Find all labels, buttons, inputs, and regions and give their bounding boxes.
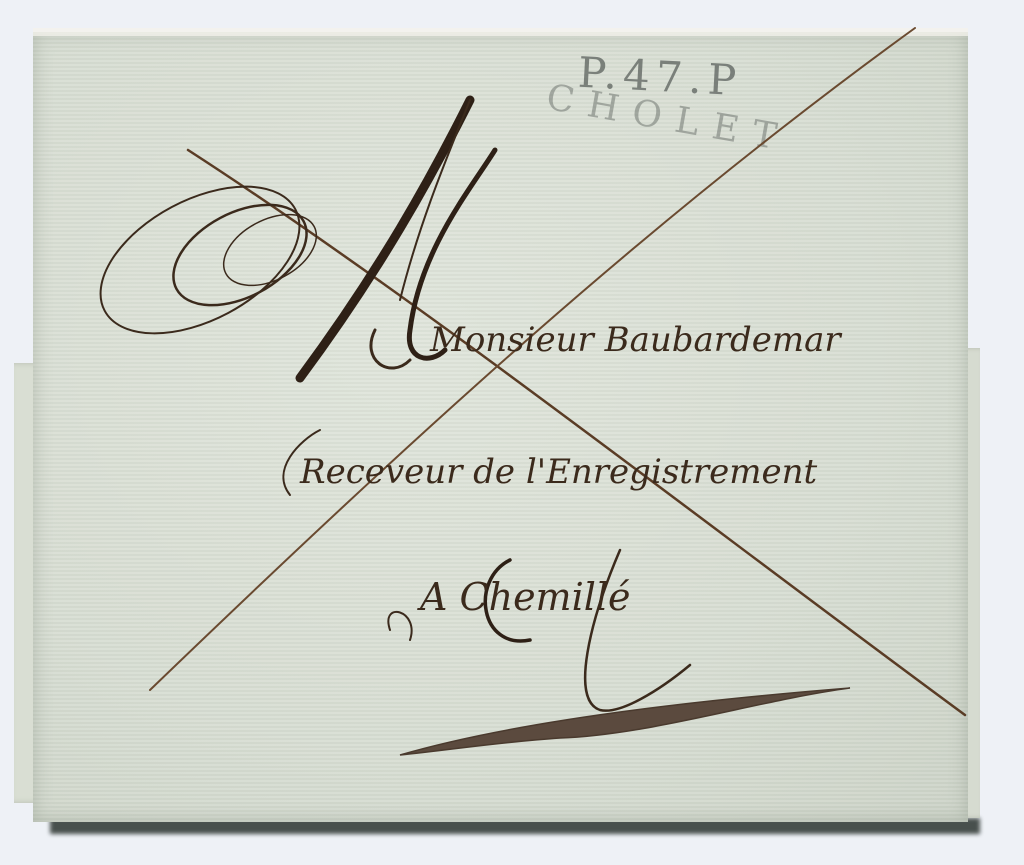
handwriting-strokes (0, 0, 1024, 865)
flourish-oval-middle (157, 184, 324, 326)
letter-photo: P.47.P CHOLET Monsieur Baubarde (0, 0, 1024, 865)
address-line-3: A Chemillé (420, 575, 631, 619)
address-line-1: Monsieur Baubardemar (430, 320, 841, 360)
address-line-2: Receveur de l'Enregistrement (300, 452, 817, 492)
flourish-oval-outer (76, 156, 323, 363)
cross-line-1 (188, 150, 965, 715)
ink-swash-underline (400, 688, 850, 755)
